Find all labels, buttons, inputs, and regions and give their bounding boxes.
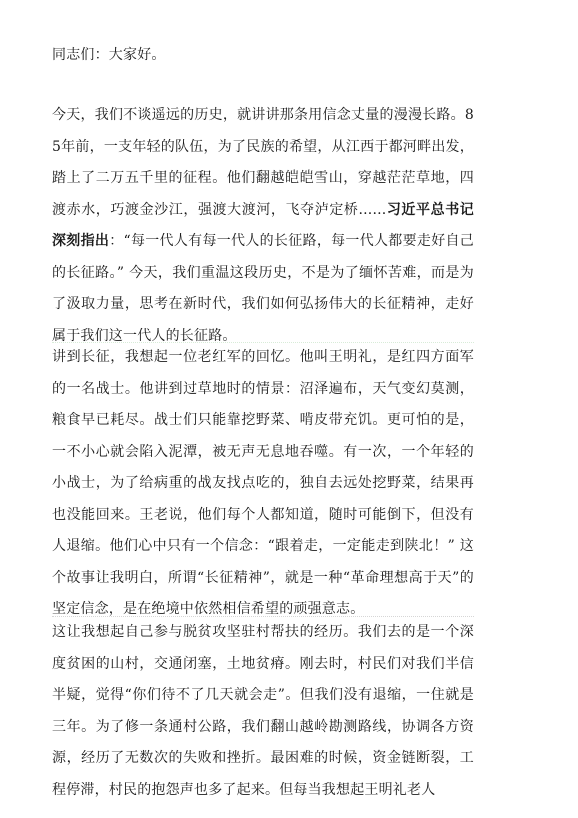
paragraph-poverty-alleviation: 这让我想起自己参与脱贫攻坚驻村帮扶的经历。我们去的是一个深度贫困的山村，交通闭塞… <box>52 617 474 806</box>
greeting-line: 同志们：大家好。 <box>52 40 166 72</box>
paragraph-long-march-intro: 今天，我们不谈遥远的历史，就讲讲那条用信念丈量的漫漫长路。85年前，一支年轻的队… <box>52 100 474 352</box>
paragraph-text: ：“每一代人有每一代人的长征路，每一代人都要走好自己的长征路。” 今天，我们重温… <box>52 233 474 344</box>
paragraph-veteran-story: 讲到长征，我想起一位老红军的回忆。他叫王明礼，是红四方面军的一名战士。他讲到过草… <box>52 342 474 626</box>
